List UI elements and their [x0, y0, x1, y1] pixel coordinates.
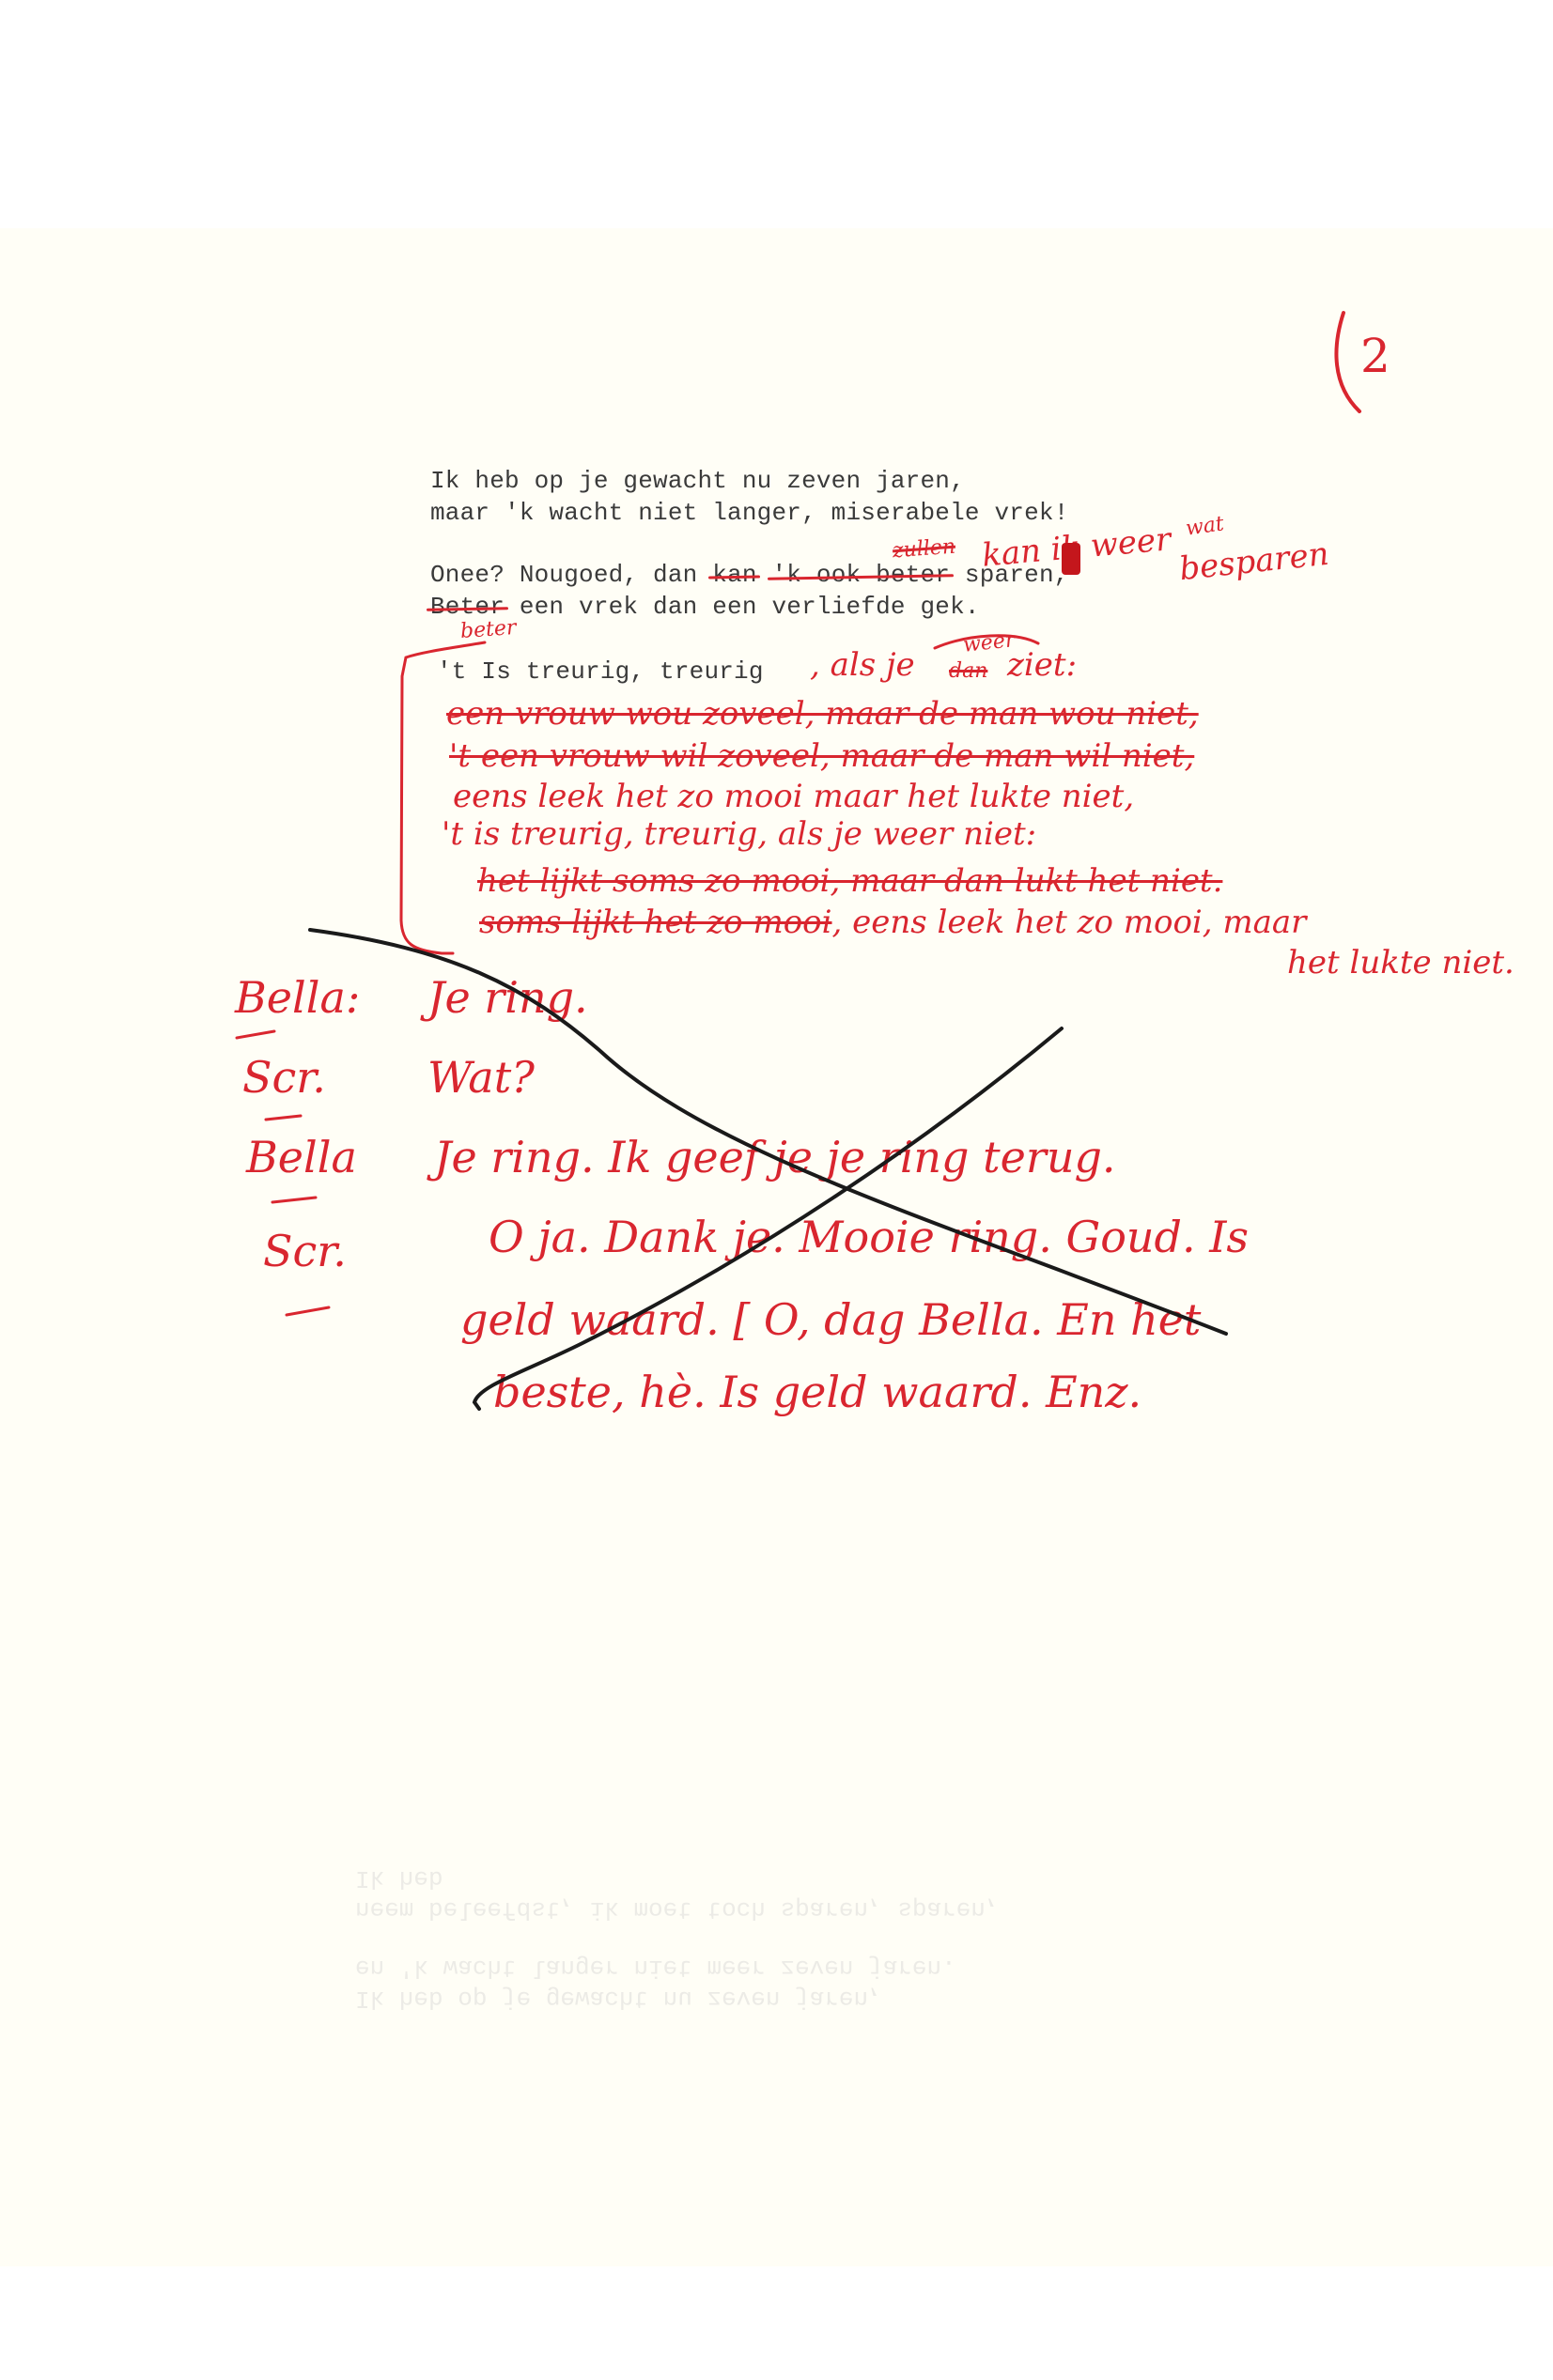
annotation-ziet: ziet:: [1007, 646, 1077, 684]
dialogue-continuation: geld waard. [ O, dag Bella. En het: [460, 1294, 1201, 1345]
handwritten-f-new: , eens leek het zo mooi, maar: [832, 904, 1307, 941]
speaker-label: Scr.: [242, 1052, 326, 1103]
dialogue-line: Wat?: [427, 1052, 535, 1103]
annotation-struck-zullen: zullen: [892, 535, 956, 564]
handwritten-line-g: het lukte niet.: [1287, 944, 1514, 981]
bleed-through-line: en 'k wacht langer niet meer zeven jaren…: [355, 1954, 956, 1982]
typed-line-1: Ik heb op je gewacht nu zeven jaren,: [430, 467, 965, 495]
dialogue-continuation: beste, hè. Is geld waard. Enz.: [493, 1367, 1141, 1417]
struck-handwritten-line-b: 't een vrouw wil zoveel, maar de man wil…: [449, 737, 1194, 775]
struck-phrase: 'k ook beter: [771, 561, 950, 589]
bleed-through-line: neem beleefdst, ik moet toch sparen, spa…: [355, 1895, 1001, 1924]
bleed-through-line: Ik heb op je gewacht nu zeven jaren,: [355, 1985, 883, 2013]
speaker-label: Bella:: [235, 972, 360, 1023]
annotation-struck-dan: dan: [949, 659, 987, 683]
dialogue-line: Je ring.: [427, 972, 588, 1023]
dialogue-line: Je ring. Ik geef je je ring terug.: [434, 1132, 1116, 1182]
typed-line-3: Onee? Nougoed, dan kan 'k ook beter spar…: [430, 561, 1069, 589]
dialogue-line: O ja. Dank je. Mooie ring. Goud. Is: [489, 1212, 1249, 1262]
annotation-beter: beter: [459, 616, 517, 643]
ink-blot: [1062, 543, 1080, 575]
speaker-label: Scr.: [263, 1226, 347, 1276]
struck-word-beter: Beter: [430, 593, 505, 621]
bleed-through-line: Ik heb: [355, 1864, 443, 1893]
struck-handwritten-line-e: het lijkt soms zo mooi, maar dan lukt he…: [477, 862, 1222, 900]
typed-line-5: 't Is treurig, treurig: [437, 657, 764, 686]
struck-handwritten-line-a: een vrouw wou zoveel, maar de man wou ni…: [446, 695, 1199, 733]
handwritten-line-f: soms lijkt het zo mooi, eens leek het zo…: [479, 904, 1306, 941]
struck-handwritten-f: soms lijkt het zo mooi: [479, 904, 832, 941]
typed-line-2: maar 'k wacht niet langer, miserabele vr…: [430, 499, 1069, 527]
page-number: 2: [1360, 329, 1390, 383]
handwritten-line-c: eens leek het zo mooi maar het lukte nie…: [453, 778, 1134, 815]
typed-line-4-rest: een vrek dan een verliefde gek.: [505, 593, 980, 621]
annotation-line5-continue: , als je: [810, 646, 925, 684]
speaker-label: Bella: [246, 1132, 357, 1182]
handwritten-line-d: 't is treurig, treurig, als je weer niet…: [442, 815, 1036, 853]
typed-line-3-prefix: Onee? Nougoed, dan: [430, 561, 712, 589]
struck-word-kan: kan: [712, 561, 756, 589]
